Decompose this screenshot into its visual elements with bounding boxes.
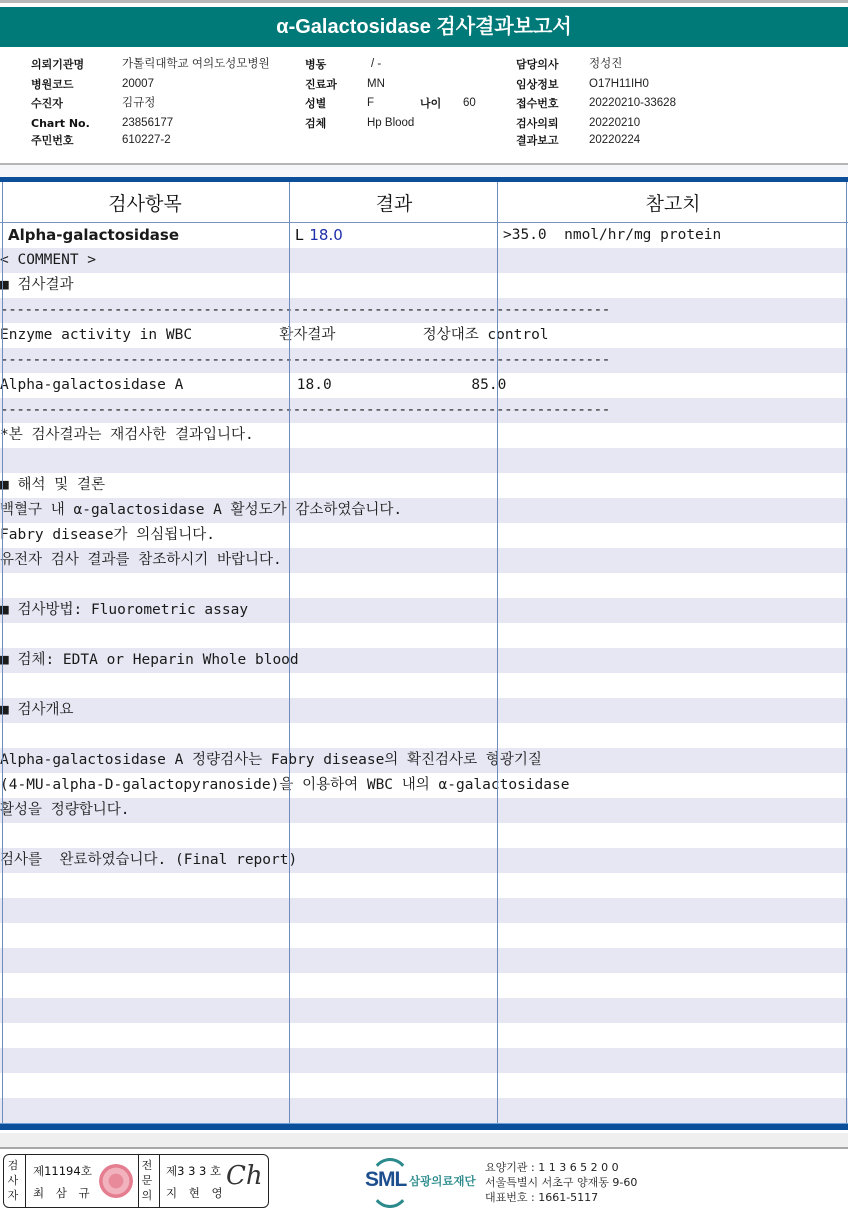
- comment-line: (4-MU-alpha-D-galactopyranoside)을 이용하여 W…: [0, 773, 848, 798]
- column-line: [2, 182, 3, 1123]
- info-label: 담당의사: [516, 55, 559, 75]
- examiner-license: 제11194호: [33, 1163, 92, 1179]
- column-line: [497, 182, 498, 1123]
- comment-line: [0, 898, 848, 923]
- sml-logo: SML: [365, 1168, 406, 1192]
- header-reference: 참고치: [498, 182, 848, 222]
- comment-line: [0, 573, 848, 598]
- comment-line: ■ 검사개요: [0, 698, 848, 723]
- info-value: MN: [367, 75, 385, 95]
- examiner-name: 최 삼 규: [33, 1185, 94, 1201]
- comment-line: Enzyme activity in WBC 환자결과 정상대조 control: [0, 323, 848, 348]
- comment-line: ■ 검사방법: Fluorometric assay: [0, 598, 848, 623]
- info-label: 주민번호: [31, 131, 74, 151]
- low-flag: L: [295, 226, 303, 244]
- info-label: 성별: [305, 94, 326, 114]
- comment-line: 검사를 완료하였습니다. (Final report): [0, 848, 848, 873]
- comment-line: ----------------------------------------…: [0, 398, 848, 423]
- patient-info: 의뢰기관명가톨릭대학교 여의도성모병원 병원코드20007 수진자김규정 Cha…: [0, 55, 848, 155]
- info-row: 검체Hp Blood: [305, 114, 337, 134]
- comment-line: [0, 823, 848, 848]
- lab-info: SML 삼광의료재단 요양기관 : 1 1 3 6 5 2 0 0 서울특별시 …: [365, 1158, 665, 1210]
- comment-text: *본 검사결과는 재검사한 결과입니다.: [0, 423, 254, 448]
- comment-text: Enzyme activity in WBC 환자결과 정상대조 control: [0, 323, 549, 348]
- comment-line: < COMMENT >: [0, 248, 848, 273]
- comment-text: ----------------------------------------…: [0, 348, 610, 373]
- comment-text: ■ 검사결과: [0, 273, 74, 298]
- table-row: Alpha-galactosidase L18.0 >35.0 nmol/hr/…: [0, 223, 848, 248]
- info-value: 김규정: [122, 94, 155, 114]
- info-label: 병원코드: [31, 75, 74, 95]
- info-row: 수진자김규정: [31, 94, 90, 114]
- comment-text: Fabry disease가 의심됩니다.: [0, 523, 215, 548]
- info-label: 임상정보: [516, 75, 559, 95]
- comment-text: < COMMENT >: [0, 248, 96, 273]
- comment-line: 백혈구 내 α-galactosidase A 활성도가 감소하였습니다.: [0, 498, 848, 523]
- info-value: Hp Blood: [367, 114, 414, 134]
- info-label: 수진자: [31, 94, 63, 114]
- comment-line: [0, 1023, 848, 1048]
- comment-text: 백혈구 내 α-galactosidase A 활성도가 감소하였습니다.: [0, 498, 402, 523]
- signature-box: 검사자 제11194호 최 삼 규 전문의 제3 3 3 호 지 현 영 Ch: [3, 1154, 269, 1208]
- info-label: 검체: [305, 114, 326, 134]
- comment-text: ■ 검체: EDTA or Heparin Whole blood: [0, 648, 299, 673]
- result-cell: L18.0: [295, 223, 343, 248]
- comment-line: [0, 623, 848, 648]
- comment-line: [0, 998, 848, 1023]
- info-value: 20220210-33628: [589, 94, 676, 114]
- test-name: Alpha-galactosidase: [8, 223, 179, 248]
- table-grid: 검사항목 결과 참고치 Alpha-galactosidase L18.0 >3…: [0, 182, 848, 1123]
- table-bottom-border: [0, 1123, 848, 1130]
- info-value: F: [367, 94, 374, 114]
- info-label: 접수번호: [516, 94, 559, 114]
- info-row: 담당의사정성진: [516, 55, 559, 75]
- comment-text: (4-MU-alpha-D-galactopyranoside)을 이용하여 W…: [0, 773, 569, 798]
- info-row: 결과보고20220224: [516, 131, 559, 151]
- specialist-license: 제3 3 3 호: [166, 1163, 221, 1179]
- divider: [138, 1155, 139, 1207]
- comment-line: ■ 해석 및 결론: [0, 473, 848, 498]
- divider: [25, 1155, 26, 1207]
- org-name: 삼광의료재단: [409, 1173, 476, 1189]
- results-table: 검사항목 결과 참고치 Alpha-galactosidase L18.0 >3…: [0, 177, 848, 1130]
- comment-line: [0, 1073, 848, 1098]
- spacer-band: [0, 165, 848, 177]
- comment-line: [0, 1098, 848, 1123]
- info-value: 20220224: [589, 131, 640, 151]
- table-header: 검사항목 결과 참고치: [0, 182, 848, 223]
- seal-stamp-icon: [99, 1164, 133, 1198]
- info-value: 20007: [122, 75, 154, 95]
- result-value: 18.0: [309, 226, 342, 244]
- column-line: [846, 182, 847, 1123]
- comment-text: ■ 검사방법: Fluorometric assay: [0, 598, 248, 623]
- comment-text: 검사를 완료하였습니다. (Final report): [0, 848, 297, 873]
- info-value: / -: [371, 55, 381, 75]
- info-row: 병동/ -: [305, 55, 337, 75]
- top-rule: [0, 0, 848, 3]
- org-code: 요양기관 : 1 1 3 6 5 2 0 0: [485, 1160, 637, 1175]
- comment-line: [0, 723, 848, 748]
- comment-text: ■ 검사개요: [0, 698, 74, 723]
- info-label: 병동: [305, 55, 326, 75]
- comment-text: ----------------------------------------…: [0, 298, 610, 323]
- signature-icon: Ch: [226, 1161, 263, 1191]
- comment-line: ■ 검체: EDTA or Heparin Whole blood: [0, 648, 848, 673]
- comment-line: Fabry disease가 의심됩니다.: [0, 523, 848, 548]
- info-label: 의뢰기관명: [31, 55, 84, 75]
- comment-line: ----------------------------------------…: [0, 348, 848, 373]
- comment-line: ■ 검사결과: [0, 273, 848, 298]
- comment-line: 유전자 검사 결과를 참조하시기 바랍니다.: [0, 548, 848, 573]
- examiner-label: 검사자: [7, 1158, 21, 1203]
- comment-line: [0, 1048, 848, 1073]
- comment-line: Alpha-galactosidase A 정량검사는 Fabry diseas…: [0, 748, 848, 773]
- info-value: 가톨릭대학교 여의도성모병원: [122, 55, 270, 75]
- age-label: 나이: [420, 94, 441, 114]
- info-row: 접수번호20220210-33628: [516, 94, 559, 114]
- comment-line: 활성을 정량합니다.: [0, 798, 848, 823]
- info-value: 610227-2: [122, 131, 171, 151]
- org-address: 요양기관 : 1 1 3 6 5 2 0 0 서울특별시 서초구 양재동 9-6…: [485, 1160, 637, 1205]
- header-test-item: 검사항목: [0, 182, 290, 222]
- info-row: 주민번호610227-2: [31, 131, 90, 151]
- comment-text: 활성을 정량합니다.: [0, 798, 130, 823]
- comment-text: ■ 해석 및 결론: [0, 473, 105, 498]
- age-value: 60: [463, 94, 476, 114]
- info-row: 병원코드20007: [31, 75, 90, 95]
- comment-line: [0, 948, 848, 973]
- info-col-middle: 병동/ - 진료과MN 성별F 나이60 검체Hp Blood: [305, 55, 337, 133]
- info-row: 임상정보O17H11IH0: [516, 75, 559, 95]
- table-body: Alpha-galactosidase L18.0 >35.0 nmol/hr/…: [0, 223, 848, 1123]
- info-row: 진료과MN: [305, 75, 337, 95]
- comment-line: ----------------------------------------…: [0, 298, 848, 323]
- comment-text: ----------------------------------------…: [0, 398, 610, 423]
- info-row: 의뢰기관명가톨릭대학교 여의도성모병원: [31, 55, 90, 75]
- info-row: 성별F 나이60: [305, 94, 337, 114]
- comment-line: [0, 873, 848, 898]
- spacer-band: [0, 1133, 848, 1149]
- info-value: O17H11IH0: [589, 75, 649, 95]
- comment-line: *본 검사결과는 재검사한 결과입니다.: [0, 423, 848, 448]
- comment-text: Alpha-galactosidase A 정량검사는 Fabry diseas…: [0, 748, 542, 773]
- comment-line: [0, 673, 848, 698]
- info-col-right: 담당의사정성진 임상정보O17H11IH0 접수번호20220210-33628…: [516, 55, 559, 151]
- divider: [159, 1155, 160, 1207]
- report-title: α-Galactosidase 검사결과보고서: [0, 7, 848, 47]
- info-value: 정성진: [589, 55, 622, 75]
- reference-range: >35.0 nmol/hr/mg protein: [503, 223, 721, 248]
- comment-line: Alpha-galactosidase A 18.0 85.0: [0, 373, 848, 398]
- info-label: 결과보고: [516, 131, 559, 151]
- specialist-label-text: 전문의: [141, 1158, 153, 1203]
- comment-line: [0, 973, 848, 998]
- comment-text: 유전자 검사 결과를 참조하시기 바랍니다.: [0, 548, 282, 573]
- comment-text: Alpha-galactosidase A 18.0 85.0: [0, 373, 506, 398]
- specialist-label: 전문의: [141, 1158, 155, 1203]
- header-result: 결과: [290, 182, 498, 222]
- org-street: 서울특별시 서초구 양재동 9-60: [485, 1175, 637, 1190]
- column-line: [289, 182, 290, 1123]
- info-label: 진료과: [305, 75, 337, 95]
- examiner-label-text: 검사자: [7, 1158, 19, 1203]
- comment-line: [0, 923, 848, 948]
- comment-line: [0, 448, 848, 473]
- specialist-name: 지 현 영: [166, 1185, 227, 1201]
- org-phone: 대표번호 : 1661-5117: [485, 1190, 637, 1205]
- info-col-left: 의뢰기관명가톨릭대학교 여의도성모병원 병원코드20007 수진자김규정 Cha…: [31, 55, 90, 151]
